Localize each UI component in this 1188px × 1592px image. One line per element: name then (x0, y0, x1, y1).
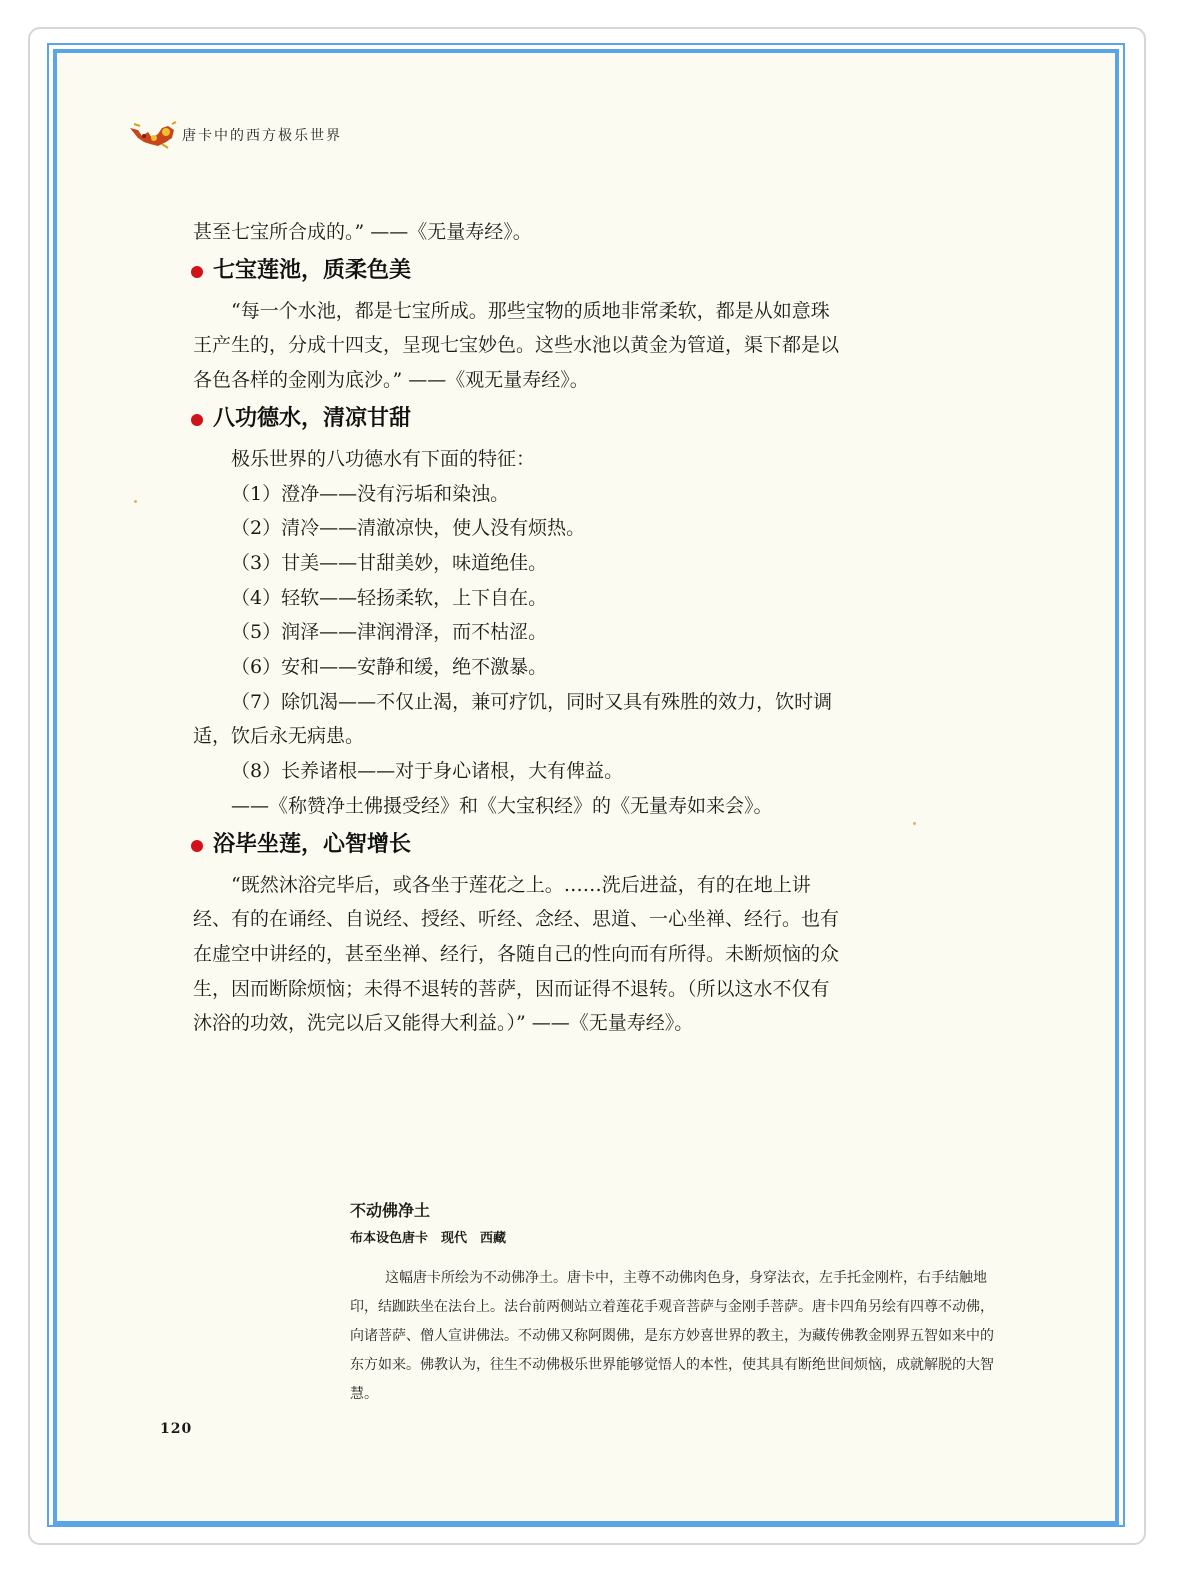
dragon-ornament-icon (128, 120, 180, 150)
section-heading: 七宝莲池，质柔色美 (191, 250, 843, 294)
caption-text: 这幅唐卡所绘为不动佛净土。唐卡中，主尊不动佛肉色身，身穿法衣，左手托金刚杵，右手… (350, 1264, 1000, 1409)
caption-title: 不动佛净土 (350, 1198, 1000, 1221)
bullet-icon (191, 266, 203, 278)
section-heading-text: 八功德水，清凉甘甜 (213, 402, 411, 437)
list-item: （3）甘美——甘甜美妙，味道绝佳。 (193, 546, 843, 581)
section-heading: 八功德水，清凉甘甜 (191, 398, 843, 442)
bullet-icon (191, 414, 203, 426)
main-text: 甚至七宝所合成的。” ——《无量寿经》。 七宝莲池，质柔色美 “每一个水池，都是… (193, 215, 843, 1041)
list-item: （2）清冷——清澈凉快，使人没有烦热。 (193, 511, 843, 546)
print-speck (913, 822, 916, 825)
list-item: （8）长养诸根——对于身心诸根，大有俾益。 (193, 754, 843, 789)
page-number: 120 (160, 1421, 192, 1437)
section-intro: 极乐世界的八功德水有下面的特征： (193, 442, 843, 477)
caption-subtitle: 布本设色唐卡 现代 西藏 (350, 1227, 1000, 1246)
bullet-icon (191, 840, 203, 852)
section-heading-text: 七宝莲池，质柔色美 (213, 254, 411, 289)
list-item: （1）澄净——没有污垢和染浊。 (193, 477, 843, 512)
print-speck (134, 500, 137, 503)
section-paragraph: “既然沐浴完毕后，或各坐于莲花之上。……洗后进益，有的在地上讲经、有的在诵经、自… (193, 868, 843, 1042)
running-header: 唐卡中的西方极乐世界 (128, 120, 342, 150)
header-title: 唐卡中的西方极乐世界 (182, 125, 342, 145)
list-item: （6）安和——安静和缓，绝不激暴。 (193, 650, 843, 685)
list-item: （4）轻软——轻扬柔软，上下自在。 (193, 581, 843, 616)
section-heading: 浴毕坐莲，心智增长 (191, 824, 843, 868)
section-heading-text: 浴毕坐莲，心智增长 (213, 828, 411, 863)
intro-line: 甚至七宝所合成的。” ——《无量寿经》。 (193, 215, 843, 250)
list-item: （7）除饥渴——不仅止渴，兼可疗饥，同时又具有殊胜的效力，饮时调适，饮后永无病患… (193, 685, 843, 754)
image-caption: 不动佛净土 布本设色唐卡 现代 西藏 这幅唐卡所绘为不动佛净土。唐卡中，主尊不动… (350, 1198, 1000, 1409)
list-item: （5）润泽——津润滑泽，而不枯涩。 (193, 615, 843, 650)
source-citation: ——《称赞净土佛摄受经》和《大宝积经》的《无量寿如来会》。 (193, 789, 843, 824)
section-paragraph: “每一个水池，都是七宝所成。那些宝物的质地非常柔软，都是从如意珠王产生的，分成十… (193, 294, 843, 398)
